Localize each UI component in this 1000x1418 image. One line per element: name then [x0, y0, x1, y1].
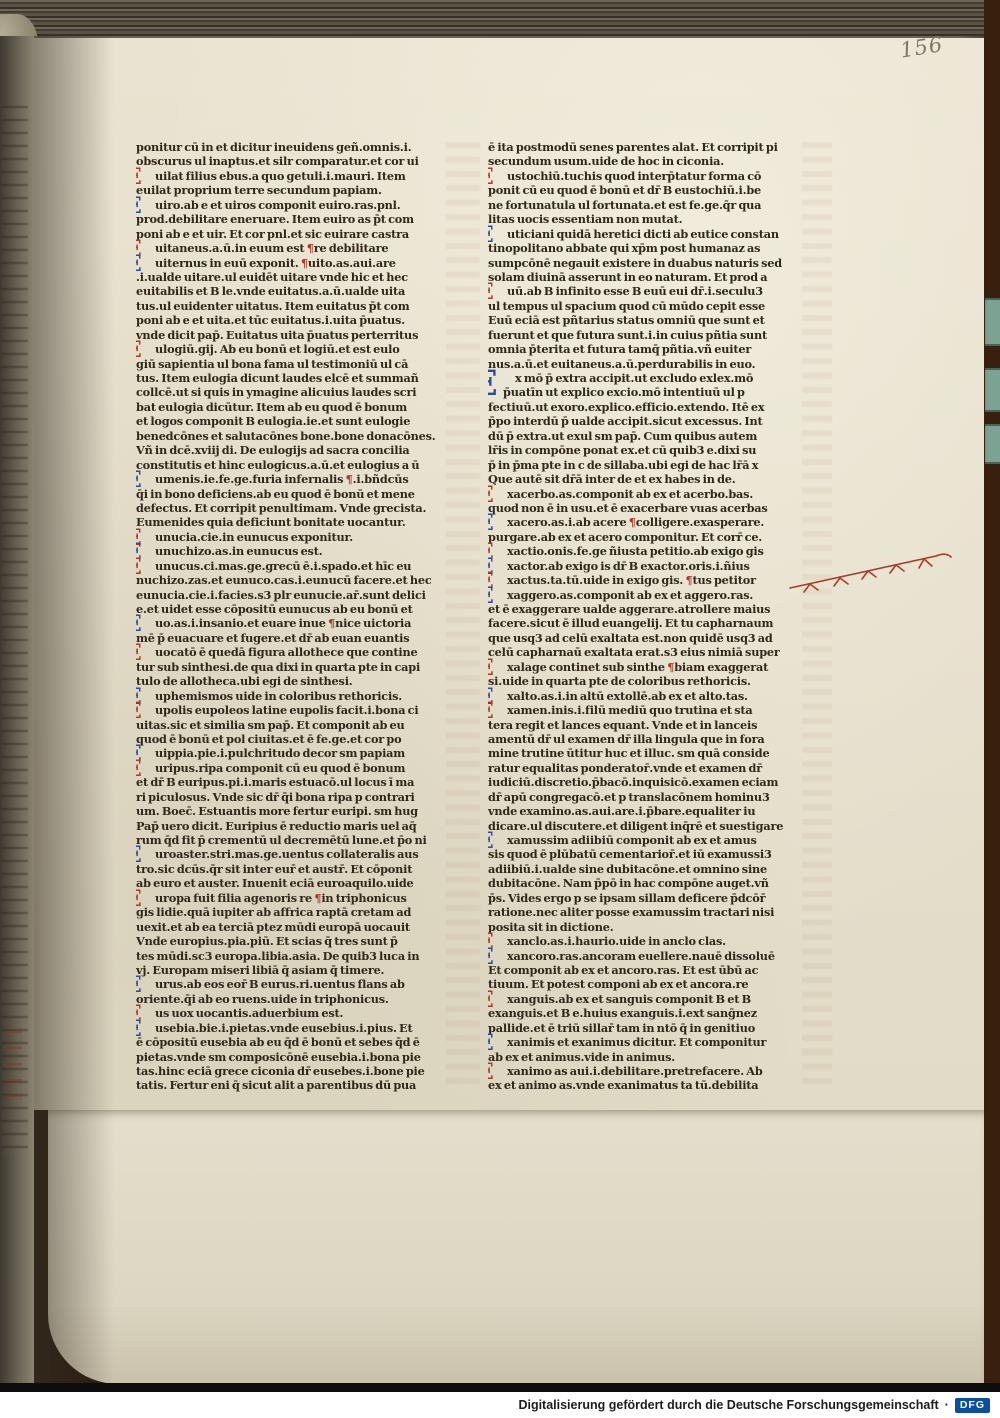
manuscript-text-line: tur sub sinthesi.de qua dixi in quarta p… — [136, 660, 460, 674]
digitization-credit-bar: Digitalisierung gefördert durch die Deut… — [0, 1392, 1000, 1418]
manuscript-text-line: Eupolis eupoleos latine eupolis facit.i.… — [136, 703, 460, 717]
lombard-initial: E — [136, 844, 142, 866]
manuscript-text-line: rum q̄d fit p̄ crementū ul decremētū lun… — [136, 833, 460, 847]
manuscript-text-line: tatis. Fertur eni q̄ sicut alit a parent… — [136, 1078, 460, 1092]
lombard-initial: E — [136, 556, 142, 578]
line-text: uitas.sic et similia sm pap̄. Et componi… — [136, 718, 460, 732]
manuscript-text-line: ponitur cū in et dicitur ineuidens geñ.o… — [136, 140, 460, 154]
pilcrow-mark: ¶ — [667, 660, 674, 674]
line-text: ri piculosus. Vnde sic dr̄ q̄i bona ripa… — [136, 790, 460, 804]
line-text: uo.as.i.insanio.et euare inue ¶nice uict… — [136, 616, 460, 630]
lombard-initial: E — [136, 253, 142, 275]
lombard-initial: E — [136, 469, 142, 491]
manuscript-text-line: p̄uatīn ut explico excio.mō intentiuū ul… — [488, 385, 808, 399]
manuscript-text-line: posita sit in dictione. — [488, 920, 808, 934]
manuscript-text-line: bat eulogia dicūtur. Item ab eu quod ē b… — [136, 400, 460, 414]
manuscript-text-line: um. Boec̄. Estuantis more fertur euripi.… — [136, 804, 460, 818]
manuscript-text-line: uitas.sic et similia sm pap̄. Et componi… — [136, 718, 460, 732]
manuscript-text-line: iudiciū.discretio.p̄bacō.inquisicō.exame… — [488, 775, 808, 789]
manuscript-text-line: adiibiū.i.ualde sine dubitacōne.et omnin… — [488, 862, 808, 876]
line-text: Pap̄ uero dicit. Euripius ē reductio mar… — [136, 819, 460, 833]
digitization-credit-text: Digitalisierung gefördert durch die Deut… — [518, 1398, 938, 1412]
red-margin-flourish — [788, 540, 958, 595]
manuscript-text-line: ē ita postmodū senes parentes alat. Et c… — [488, 140, 808, 154]
manuscript-text-line: solam diuinā asserunt in eo naturam. Et … — [488, 270, 808, 284]
manuscript-text-line: Examen.inis.i.filū mediū quo trutina et … — [488, 703, 808, 717]
manuscript-text-line: tus.ul euidenter uitatus. Item euitatus … — [136, 299, 460, 313]
manuscript-text-line: ul tempus ul spacium quod cū mūdo cepit … — [488, 299, 808, 313]
line-text: benedcōnes et salutacōnes bone.bone dona… — [136, 429, 460, 443]
line-text: uripus.ripa componit cū eu quod ē bonum — [136, 761, 460, 775]
manuscript-text-line: et logos componit B eulogia.ie.et sunt e… — [136, 414, 460, 428]
manuscript-text-line: que usq3 ad celū exaltata est.non quidē … — [488, 631, 808, 645]
line-text: e.et uidet esse cōpositū eunucus ab eu b… — [136, 602, 460, 616]
line-text: xalage continet sub sinthe ¶biam exagger… — [488, 660, 808, 674]
manuscript-text-line: prod.debilitare eneruare. Item euiro as … — [136, 212, 460, 226]
manuscript-text-line: p̄s. Vides ergo p se ipsam sillam defice… — [488, 891, 808, 905]
book-top-page-edges — [0, 0, 1000, 40]
text-column-left: ponitur cū in et dicitur ineuidens geñ.o… — [136, 140, 460, 1102]
line-text: et ē exaggerare ualde aggerare.atrollere… — [488, 602, 808, 616]
manuscript-text-line: benedcōnes et salutacōnes bone.bone dona… — [136, 429, 460, 443]
line-text: prod.debilitare eneruare. Item euiro as … — [136, 212, 460, 226]
manuscript-text-line: Eusebia.bie.i.pietas.vnde eusebius.i.piu… — [136, 1021, 460, 1035]
lombard-initial: E — [488, 1061, 494, 1083]
manuscript-text-line: Pap̄ uero dicit. Euripius ē reductio mar… — [136, 819, 460, 833]
line-text: xaggero.as.componit ab ex et aggero.ras. — [488, 588, 808, 602]
manuscript-text-line: ratione.nec aliter posse examussim tract… — [488, 905, 808, 919]
lombard-initial: E — [488, 700, 494, 722]
manuscript-text-line: tas.hinc eciā grece ciconia dr̄ eusebes.… — [136, 1064, 460, 1078]
manuscript-text-line: dr̄ apū congregacō.et p translacōnem hom… — [488, 790, 808, 804]
line-text: obscurus ul inaptus.et silr comparatur.e… — [136, 154, 460, 168]
line-text: fectiuū.ut exoro.explico.efficio.extendo… — [488, 400, 808, 414]
digitized-manuscript-page: 156 ponitur cū in et dicitur ineuidens g… — [0, 0, 1000, 1418]
manuscript-text-line: tes mūdi.sc3 europa.libia.asia. De quib3… — [136, 949, 460, 963]
lombard-initial: E — [488, 281, 494, 303]
line-text: p̄po interdū p̄ ualde accipit.sicut exce… — [488, 414, 808, 428]
text-column-right: ē ita postmodū senes parentes alat. Et c… — [488, 140, 808, 1102]
manuscript-text-line: Exanimis et exanimus dicitur. Et componi… — [488, 1035, 808, 1049]
manuscript-text-line: Exanimo as aui.i.debilitare.pretrefacere… — [488, 1064, 808, 1078]
scan-footer-divider — [0, 1383, 1000, 1392]
line-text: oriente.q̄i ab eo ruens.uide in triphoni… — [136, 992, 460, 1006]
line-text: tur sub sinthesi.de qua dixi in quarta p… — [136, 660, 460, 674]
manuscript-text-line: pallide.et ē triū sillar̄ tam in ntō q̄ … — [488, 1021, 808, 1035]
manuscript-text-line: omnia p̄terita et futura tamq̄ pñtia.vñ … — [488, 342, 808, 356]
line-text: dū p̄ extra.ut exul sm pap̄. Cum quibus … — [488, 429, 808, 443]
manuscript-text-line: Eumenis.ie.fe.ge.furia infernalis ¶.i.bñ… — [136, 472, 460, 486]
manuscript-text-line: fuerunt et que futura sunt.i.in cuius pñ… — [488, 328, 808, 342]
manuscript-text-line: Euripus.ripa componit cū eu quod ē bonum — [136, 761, 460, 775]
line-text: uippia.pie.i.pulchritudo decor sm papiam — [136, 746, 460, 760]
line-text: um. Boec̄. Estuantis more fertur euripi.… — [136, 804, 460, 818]
line-text: mē p̄ euacuare et fugere.et dr̄ ab euan … — [136, 631, 460, 645]
manuscript-text-line: Euroaster.stri.mas.ge.uentus collaterali… — [136, 847, 460, 861]
line-text: lr̄is in compōne ponat ex.et cū quib3 e.… — [488, 443, 808, 457]
line-text: uocatō ē quedā figura allothece que cont… — [136, 645, 460, 659]
line-text: p̄s. Vides ergo p se ipsam sillam defice… — [488, 891, 808, 905]
line-text: xanclo.as.i.haurio.uide in anclo clas. — [488, 934, 808, 948]
line-text: giū sapientia ul bona fama ul testimoniū… — [136, 357, 460, 371]
manuscript-text-line: Eurus.ab eos eor̄ B eurus.ri.uentus flan… — [136, 977, 460, 991]
line-text: tro.sic dcūs.q̄r sit inter eur̄ et austr… — [136, 862, 460, 876]
manuscript-text-line: Vñ in dcē.xviij di. De eulogijs ad sacra… — [136, 443, 460, 457]
manuscript-text-line: litas uocis essentiam non mutat. — [488, 212, 808, 226]
line-text: nus.a.ū.et euitaneus.a.ū.perdurabilis in… — [488, 357, 808, 371]
line-text: nuchizo.zas.et eunuco.cas.i.eunucū facer… — [136, 573, 460, 587]
manuscript-text-line: uexit.et ab ea terciā ptez mūdi europā u… — [136, 920, 460, 934]
line-text: uitaneus.a.ū.in euum est ¶re debilitare — [136, 241, 460, 255]
line-text: dr̄ apū congregacō.et p translacōnem hom… — [488, 790, 808, 804]
line-text: tus. Item eulogia dicunt laudes elcē et … — [136, 371, 460, 385]
line-text: xactor.ab exigo is dr̄ B exactor.oris.i.… — [488, 559, 808, 573]
line-text: Vñ in dcē.xviij di. De eulogijs ad sacra… — [136, 443, 460, 457]
line-text: unucus.ci.mas.ge.grecū ē.i.spado.et hīc … — [136, 559, 460, 573]
lombard-initial: E — [488, 989, 494, 1011]
manuscript-text-line: oriente.q̄i ab eo ruens.uide in triphoni… — [136, 992, 460, 1006]
line-text: bat eulogia dicūtur. Item ab eu quod ē b… — [136, 400, 460, 414]
lombard-initial: E — [488, 512, 494, 534]
line-text: eunucia.cie.i.facies.s3 plr eunucie.ar̄.… — [136, 588, 460, 602]
line-text: tas.hinc eciā grece ciconia dr̄ eusebes.… — [136, 1064, 460, 1078]
line-text: xamussim adiibiū componit ab ex et amus — [488, 833, 808, 847]
book-fore-edge — [984, 0, 1000, 1418]
lombard-initial: E — [136, 888, 142, 910]
manuscript-text-line: ponit cū eu quod ē bonū et dr̄ B eustoch… — [488, 183, 808, 197]
manuscript-text-line: Exancoro.ras.ancoram euellere.nauē disso… — [488, 949, 808, 963]
lombard-initial: E — [136, 974, 142, 996]
line-text: poni ab e et uita.et tūc euitatus.i.uita… — [136, 313, 460, 327]
manuscript-text-line: Ex mō p̄ extra accipit.ut excludo exlex.… — [488, 371, 808, 385]
line-text: litas uocis essentiam non mutat. — [488, 212, 808, 226]
line-text: q̄i in bono deficiens.ab eu quod ē bonū … — [136, 487, 460, 501]
line-text: unucia.cie.in eunucus exponitur. — [136, 530, 460, 544]
manuscript-text-line: Exacerbo.as.componit ab ex et acerbo.bas… — [488, 487, 808, 501]
manuscript-text-line: dicare.ul discutere.et diligent inq̄rē e… — [488, 819, 808, 833]
lombard-initial: E — [136, 1018, 142, 1040]
pilcrow-mark: ¶ — [346, 472, 353, 486]
manuscript-text-line: p̄po interdū p̄ ualde accipit.sicut exce… — [488, 414, 808, 428]
line-text: amentū dr̄ ul examen dr̄ illa lingula qu… — [488, 732, 808, 746]
lombard-initial: E — [136, 700, 142, 722]
lombard-initial: E — [488, 1032, 494, 1054]
line-text: ab euro et auster. Inuenit eciā euroaqui… — [136, 876, 460, 890]
manuscript-text-line: Euū.ab B infinito esse B euū eui dr̄.i.s… — [488, 284, 808, 298]
line-text: us uox uocantis.aduerbium est. — [136, 1006, 460, 1020]
manuscript-text-line: et ē exaggerare ualde aggerare.atrollere… — [488, 602, 808, 616]
line-text: .i.ualde uitare.ul euidēt uitare vnde hi… — [136, 270, 460, 284]
manuscript-text-line: Euiternus in euū exponit. ¶uito.as.aui.a… — [136, 256, 460, 270]
manuscript-text-line: giū sapientia ul bona fama ul testimoniū… — [136, 357, 460, 371]
line-text: Vnde europius.pia.piū. Et scias q̄ tres … — [136, 934, 460, 948]
manuscript-text-line: Eumenides quia deficiunt bonitate uocant… — [136, 515, 460, 529]
line-text: xactus.ta.tū.uide in exigo gis. ¶tus pet… — [488, 573, 808, 587]
line-text: sis quod ē plūbatū cementarior̄.et iū ex… — [488, 847, 808, 861]
line-text: si.uide in quarta pte de coloribus retho… — [488, 674, 808, 688]
dfg-logo: DFG — [955, 1398, 990, 1413]
line-text: xamen.inis.i.filū mediū quo trutina et s… — [488, 703, 808, 717]
manuscript-text-line: vj. Europam miseri libiā q̄ asiam q̄ tim… — [136, 963, 460, 977]
line-text: upolis eupoleos latine eupolis facit.i.b… — [136, 703, 460, 717]
line-text: ratione.nec aliter posse examussim tract… — [488, 905, 808, 919]
manuscript-text-line: Eunucus.ci.mas.ge.grecū ē.i.spado.et hīc… — [136, 559, 460, 573]
line-text: uiternus in euū exponit. ¶uito.as.aui.ar… — [136, 256, 460, 270]
manuscript-text-line: .i.ualde uitare.ul euidēt uitare vnde hi… — [136, 270, 460, 284]
manuscript-text-line: si.uide in quarta pte de coloribus retho… — [488, 674, 808, 688]
manuscript-text-line: poni ab e et uita.et tūc euitatus.i.uita… — [136, 313, 460, 327]
manuscript-text-line: purgare.ab ex et acero componitur. Et co… — [488, 530, 808, 544]
line-text: uilat filius ebus.a quo getuli.i.mauri. … — [136, 169, 460, 183]
line-text: uropa fuit filia agenoris re ¶in triphon… — [136, 891, 460, 905]
line-text: ē cōpositū eusebia ab eu q̄d ē bonū et s… — [136, 1035, 460, 1049]
manuscript-text-line: euitabilis et B le.vnde euitatus.a.ū.ual… — [136, 284, 460, 298]
manuscript-text-line: Euū eciā est pñtarius status omniū que s… — [488, 313, 808, 327]
line-text: Euū eciā est pñtarius status omniū que s… — [488, 313, 808, 327]
manuscript-text-line: obscurus ul inaptus.et silr comparatur.e… — [136, 154, 460, 168]
facing-page-text-sliver — [2, 106, 28, 1156]
line-text: ē ita postmodū senes parentes alat. Et c… — [488, 140, 808, 154]
manuscript-text-line: Que autē sit dr̄ā inter de et ex habes i… — [488, 472, 808, 486]
line-text: quod ē bonū et pol ciuitas.et ē fe.ge.et… — [136, 732, 460, 746]
line-text: ne fortunatula ul fortunata.et est fe.ge… — [488, 198, 808, 212]
line-text: et logos componit B eulogia.ie.et sunt e… — [136, 414, 460, 428]
manuscript-text-line: tulo de allotheca.ubi egi de sinthesi. — [136, 674, 460, 688]
line-text: constitutis et hinc eulogicus.a.ū.et eul… — [136, 458, 460, 472]
line-text: euitabilis et B le.vnde euitatus.a.ū.ual… — [136, 284, 460, 298]
line-text: tiuum. Et potest componi ab ex et ancora… — [488, 977, 808, 991]
line-text: iudiciū.discretio.p̄bacō.inquisicō.exame… — [488, 775, 808, 789]
line-text: euilat proprium terre secundum papiam. — [136, 183, 460, 197]
line-text: uiro.ab e et uiros componit euiro.ras.pn… — [136, 198, 460, 212]
line-text: unuchizo.as.in eunucus est. — [136, 544, 460, 558]
line-text: uexit.et ab ea terciā ptez mūdi europā u… — [136, 920, 460, 934]
manuscript-text-line: exanguis.et B e.huius exanguis.i.ext san… — [488, 1006, 808, 1020]
line-text: tinopolitano abbate qui xp̄m post humana… — [488, 241, 808, 255]
line-text: dubitacōne. Nam p̄pō in hac compōne auge… — [488, 876, 808, 890]
manuscript-text-line: gis lidie.quā iupiter ab affrica raptā c… — [136, 905, 460, 919]
manuscript-text-line: Eulogiū.gij. Ab eu bonū et logiū.et est … — [136, 342, 460, 356]
line-text: ulogiū.gij. Ab eu bonū et logiū.et est e… — [136, 342, 460, 356]
line-text: p̄uatīn ut explico excio.mō intentiuū ul… — [488, 385, 808, 399]
manuscript-text-line: sis quod ē plūbatū cementarior̄.et iū ex… — [488, 847, 808, 861]
line-text: ex et animo as.vnde exanimatus ta tū.deb… — [488, 1078, 808, 1092]
underlying-leaf — [48, 1110, 984, 1384]
manuscript-text-line: collcē.ut si quis in ymagine alicuius la… — [136, 385, 460, 399]
facing-page-rubric-sliver — [4, 1031, 22, 1111]
manuscript-text-line: poni ab e et uir. Et cor pnl.et sic euir… — [136, 227, 460, 241]
manuscript-text-line: Exanclo.as.i.haurio.uide in anclo clas. — [488, 934, 808, 948]
lombard-initial: E — [136, 642, 142, 664]
manuscript-text-line: sumpcōnē negauit existere in duabus natu… — [488, 256, 808, 270]
line-text: mine trutine ūtitur huc et illuc. sm quā… — [488, 746, 808, 760]
manuscript-text-line: Euippia.pie.i.pulchritudo decor sm papia… — [136, 746, 460, 760]
manuscript-text-line: ri piculosus. Vnde sic dr̄ q̄i bona ripa… — [136, 790, 460, 804]
lombard-initial: E — [488, 224, 494, 246]
manuscript-text-line: Exanguis.ab ex et sanguis componit B et … — [488, 992, 808, 1006]
line-text: omnia p̄terita et futura tamq̄ pñtia.vñ … — [488, 342, 808, 356]
manuscript-text-line: Euilat filius ebus.a quo getuli.i.mauri.… — [136, 169, 460, 183]
line-text: tatis. Fertur eni q̄ sicut alit a parent… — [136, 1078, 460, 1092]
manuscript-text-line: amentū dr̄ ul examen dr̄ illa lingula qu… — [488, 732, 808, 746]
line-text: xactio.onis.fe.ge ñiusta petitio.ab exig… — [488, 544, 808, 558]
line-text: ponitur cū in et dicitur ineuidens geñ.o… — [136, 140, 460, 154]
line-text: exanguis.et B e.huius exanguis.i.ext san… — [488, 1006, 808, 1020]
lombard-initial: E — [136, 166, 142, 188]
credit-separator: · — [945, 1398, 949, 1412]
manuscript-text-line: Euo.as.i.insanio.et euare inue ¶nice uic… — [136, 616, 460, 630]
lombard-initial: E — [488, 166, 494, 188]
line-text: umenis.ie.fe.ge.furia infernalis ¶.i.bñd… — [136, 472, 460, 486]
manuscript-text-line: Eus uox uocantis.aduerbium est. — [136, 1006, 460, 1020]
manuscript-text-line: quod ē bonū et pol ciuitas.et ē fe.ge.et… — [136, 732, 460, 746]
manuscript-text-line: Eustochiū.tuchis quod interp̄tatur forma… — [488, 169, 808, 183]
manuscript-text-line: secundum usum.uide de hoc in ciconia. — [488, 154, 808, 168]
manuscript-text-line: Exalto.as.i.in altū extollē.ab ex et alt… — [488, 689, 808, 703]
manuscript-text-line: ē cōpositū eusebia ab eu q̄d ē bonū et s… — [136, 1035, 460, 1049]
line-text: quod non ē in usu.et ē exacerbare vuas a… — [488, 501, 808, 515]
manuscript-text-line: Euocatō ē quedā figura allothece que con… — [136, 645, 460, 659]
manuscript-text-line: q̄i in bono deficiens.ab eu quod ē bonū … — [136, 487, 460, 501]
line-text: sumpcōnē negauit existere in duabus natu… — [488, 256, 808, 270]
manuscript-text-line: Exalage continet sub sinthe ¶biam exagge… — [488, 660, 808, 674]
pilcrow-mark: ¶ — [314, 891, 321, 905]
lombard-initial: E — [488, 585, 494, 607]
lombard-initial: E — [488, 946, 494, 968]
lombard-initial: E — [136, 613, 142, 635]
manuscript-text-line: tus. Item eulogia dicunt laudes elcē et … — [136, 371, 460, 385]
manuscript-text-line: mine trutine ūtitur huc et illuc. sm quā… — [488, 746, 808, 760]
line-text: uticiani quidā heretici dicti ab eutice … — [488, 227, 808, 241]
line-text: purgare.ab ex et acero componitur. Et co… — [488, 530, 808, 544]
manuscript-text-line: dū p̄ extra.ut exul sm pap̄. Cum quibus … — [488, 429, 808, 443]
manuscript-text-line: tro.sic dcūs.q̄r sit inter eur̄ et austr… — [136, 862, 460, 876]
line-text: uphemismos uide in coloribus rethoricis. — [136, 689, 460, 703]
line-text: collcē.ut si quis in ymagine alicuius la… — [136, 385, 460, 399]
manuscript-text-line: ab euro et auster. Inuenit eciā euroaqui… — [136, 876, 460, 890]
line-text: rum q̄d fit p̄ crementū ul decremētū lun… — [136, 833, 460, 847]
line-text: uroaster.stri.mas.ge.uentus collateralis… — [136, 847, 460, 861]
manuscript-text-line: facere.sicut ē illud euangelij. Et tu ca… — [488, 616, 808, 630]
index-tab — [985, 424, 1000, 464]
manuscript-text-line: Exactio.onis.fe.ge ñiusta petitio.ab exi… — [488, 544, 808, 558]
line-text: xacero.as.i.ab acere ¶colligere.exaspera… — [488, 515, 808, 529]
manuscript-text-line: ne fortunatula ul fortunata.et est fe.ge… — [488, 198, 808, 212]
lombard-initial: E — [136, 339, 142, 361]
line-text: ponit cū eu quod ē bonū et dr̄ B eustoch… — [488, 183, 808, 197]
manuscript-text-line: tiuum. Et potest componi ab ex et ancora… — [488, 977, 808, 991]
line-text: xalto.as.i.in altū extollē.ab ex et alto… — [488, 689, 808, 703]
line-text: tus.ul euidenter uitatus. Item euitatus … — [136, 299, 460, 313]
manuscript-text-line: Vnde europius.pia.piū. Et scias q̄ tres … — [136, 934, 460, 948]
manuscript-text-line: Et componit ab ex et ancoro.ras. Et est … — [488, 963, 808, 977]
lombard-initial: E — [136, 758, 142, 780]
manuscript-text-line: vnde examino.as.aui.are.i.p̄bare.equalit… — [488, 804, 808, 818]
line-text: fuerunt et que futura sunt.i.in cuius pñ… — [488, 328, 808, 342]
line-text: tes mūdi.sc3 europa.libia.asia. De quib3… — [136, 949, 460, 963]
lombard-initial: E — [136, 195, 142, 217]
line-text: solam diuinā asserunt in eo naturam. Et … — [488, 270, 808, 284]
line-text: ratur equalitas ponderator̄.vnde et exam… — [488, 761, 808, 775]
line-text: et dr̄ B euripus.pi.i.maris estuacō.ul l… — [136, 775, 460, 789]
manuscript-text-line: vnde dicit pap̄. Euitatus uita p̄uatus p… — [136, 328, 460, 342]
manuscript-text-line: ab ex et animus.vide in animus. — [488, 1050, 808, 1064]
manuscript-text-line: mē p̄ euacuare et fugere.et dr̄ ab euan … — [136, 631, 460, 645]
index-tab — [985, 298, 1000, 346]
line-text: vnde examino.as.aui.are.i.p̄bare.equalit… — [488, 804, 808, 818]
line-text: ab ex et animus.vide in animus. — [488, 1050, 808, 1064]
line-text: Eumenides quia deficiunt bonitate uocant… — [136, 515, 460, 529]
manuscript-text-line: Eunuchizo.as.in eunucus est. — [136, 544, 460, 558]
manuscript-text-line: Europa fuit filia agenoris re ¶in tripho… — [136, 891, 460, 905]
gutter-shadow — [34, 36, 114, 1388]
line-text: pallide.et ē triū sillar̄ tam in ntō q̄ … — [488, 1021, 808, 1035]
manuscript-text-line: Examussim adiibiū componit ab ex et amus — [488, 833, 808, 847]
pilcrow-mark: ¶ — [301, 256, 308, 270]
manuscript-text-line: e.et uidet esse cōpositū eunucus ab eu b… — [136, 602, 460, 616]
line-text: xacerbo.as.componit ab ex et acerbo.bas. — [488, 487, 808, 501]
manuscript-text-line: constitutis et hinc eulogicus.a.ū.et eul… — [136, 458, 460, 472]
line-text: Que autē sit dr̄ā inter de et ex habes i… — [488, 472, 808, 486]
pilcrow-mark: ¶ — [307, 241, 314, 255]
manuscript-text-line: Exactus.ta.tū.uide in exigo gis. ¶tus pe… — [488, 573, 808, 587]
line-text: p̄ in p̄ma pte in c de sillaba.ubi egi d… — [488, 458, 808, 472]
gutter-spine — [0, 36, 34, 1388]
line-text: xanimis et exanimus dicitur. Et componit… — [488, 1035, 808, 1049]
manuscript-text-line: Exaggero.as.componit ab ex et aggero.ras… — [488, 588, 808, 602]
manuscript-text-line: ex et animo as.vnde exanimatus ta tū.deb… — [488, 1078, 808, 1092]
line-text: xanimo as aui.i.debilitare.pretrefacere.… — [488, 1064, 808, 1078]
line-text: tera regit et lances equant. Vnde et in … — [488, 718, 808, 732]
line-text: celū capharnaū exaltata erat.s3 eius nim… — [488, 645, 808, 659]
line-text: pietas.vnde sm composicōnē eusebia.i.bon… — [136, 1050, 460, 1064]
line-text: x mō p̄ extra accipit.ut excludo exlex.m… — [488, 371, 808, 385]
line-text: urus.ab eos eor̄ B eurus.ri.uentus flans… — [136, 977, 460, 991]
manuscript-text-line: pietas.vnde sm composicōnē eusebia.i.bon… — [136, 1050, 460, 1064]
line-text: poni ab e et uir. Et cor pnl.et sic euir… — [136, 227, 460, 241]
manuscript-text-line: celū capharnaū exaltata erat.s3 eius nim… — [488, 645, 808, 659]
manuscript-text-line: ratur equalitas ponderator̄.vnde et exam… — [488, 761, 808, 775]
lombard-initial: E — [488, 367, 497, 401]
manuscript-text-line: euilat proprium terre secundum papiam. — [136, 183, 460, 197]
manuscript-text-line: tera regit et lances equant. Vnde et in … — [488, 718, 808, 732]
manuscript-text-line: dubitacōne. Nam p̄pō in hac compōne auge… — [488, 876, 808, 890]
line-text: ustochiū.tuchis quod interp̄tatur forma … — [488, 169, 808, 183]
manuscript-text-line: eunucia.cie.i.facies.s3 plr eunucie.ar̄.… — [136, 588, 460, 602]
manuscript-text-line: Euiro.ab e et uiros componit euiro.ras.p… — [136, 198, 460, 212]
manuscript-text-line: Eunucia.cie.in eunucus exponitur. — [136, 530, 460, 544]
index-tab — [985, 368, 1000, 412]
manuscript-text-line: nus.a.ū.et euitaneus.a.ū.perdurabilis in… — [488, 357, 808, 371]
manuscript-text-line: defectus. Et corripit penultimam. Vnde g… — [136, 501, 460, 515]
line-text: tulo de allotheca.ubi egi de sinthesi. — [136, 674, 460, 688]
lombard-initial: E — [488, 484, 494, 506]
lombard-initial: E — [488, 830, 494, 852]
manuscript-text-line: Exactor.ab exigo is dr̄ B exactor.oris.i… — [488, 559, 808, 573]
line-text: xanguis.ab ex et sanguis componit B et B — [488, 992, 808, 1006]
line-text: usebia.bie.i.pietas.vnde eusebius.i.pius… — [136, 1021, 460, 1035]
manuscript-text-line: tinopolitano abbate qui xp̄m post humana… — [488, 241, 808, 255]
manuscript-text-line: quod non ē in usu.et ē exacerbare vuas a… — [488, 501, 808, 515]
manuscript-text-line: Euitaneus.a.ū.in euum est ¶re debilitare — [136, 241, 460, 255]
line-text: gis lidie.quā iupiter ab affrica raptā c… — [136, 905, 460, 919]
manuscript-text-line: p̄ in p̄ma pte in c de sillaba.ubi egi d… — [488, 458, 808, 472]
line-text: dicare.ul discutere.et diligent inq̄rē e… — [488, 819, 808, 833]
manuscript-text-line: fectiuū.ut exoro.explico.efficio.extendo… — [488, 400, 808, 414]
pilcrow-mark: ¶ — [328, 616, 335, 630]
lombard-initial: E — [488, 657, 494, 679]
line-text: defectus. Et corripit penultimam. Vnde g… — [136, 501, 460, 515]
